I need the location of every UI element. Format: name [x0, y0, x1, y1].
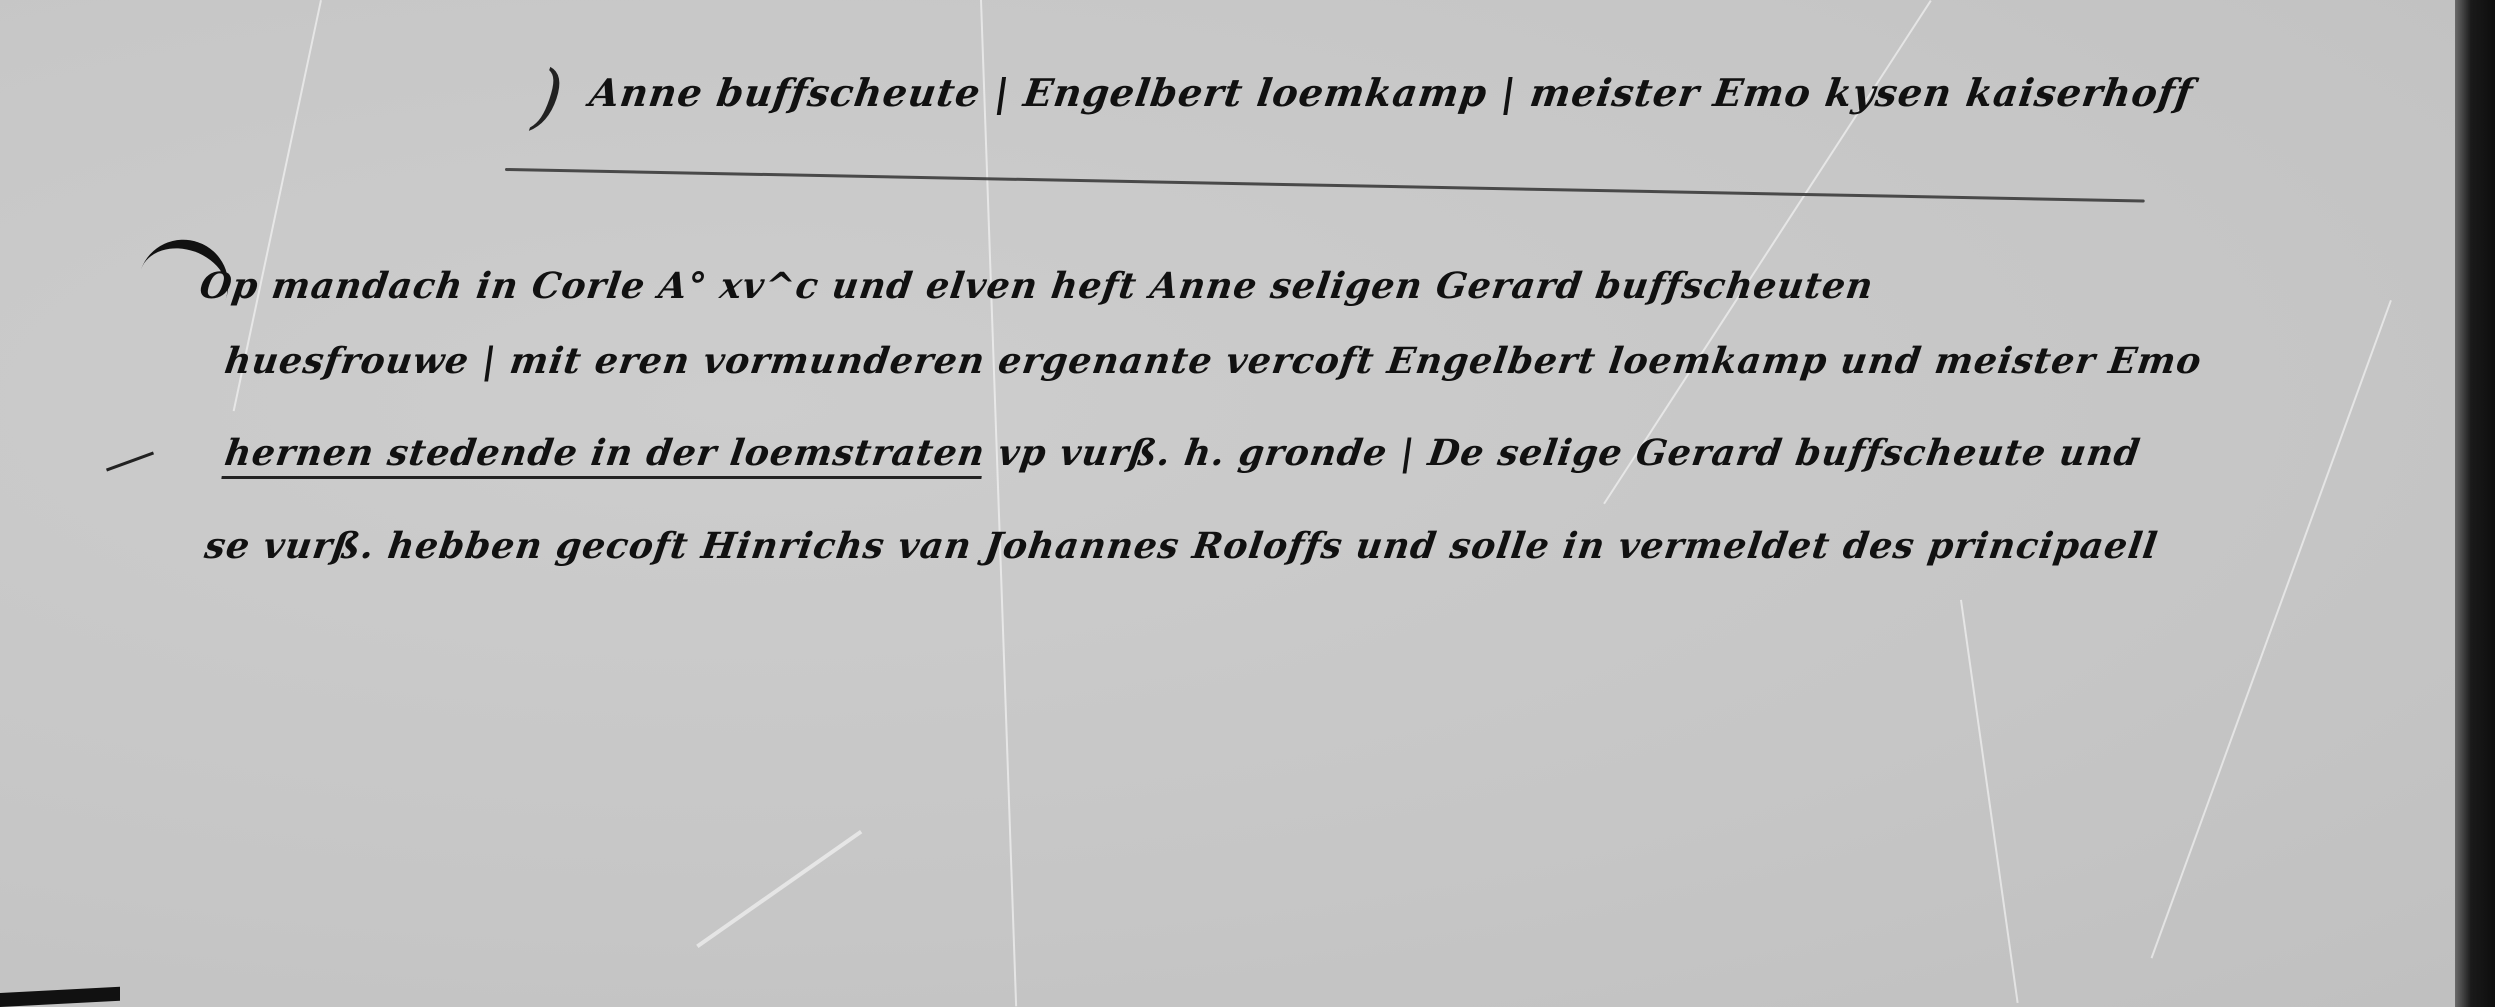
- scratch-mark: [1960, 600, 2019, 1003]
- manuscript-page: ) Anne buffscheute | Engelbert loemkamp …: [0, 0, 2460, 1007]
- scratch-mark: [980, 0, 1017, 1006]
- underlined-phrase: hernen stedende in der loemstraten: [221, 432, 988, 479]
- scratch-mark: [696, 830, 862, 948]
- film-edge-right: [2455, 0, 2495, 1007]
- body-line-3: hernen stedende in der loemstraten vp vu…: [222, 432, 2143, 474]
- entry-heading: Anne buffscheute | Engelbert loemkamp | …: [587, 70, 2196, 115]
- scratch-mark: [2151, 300, 2392, 958]
- heading-underline-rule: [505, 168, 2145, 202]
- line-3-rest: vp vurß. h. gronde | De selige Gerard bu…: [996, 432, 2144, 474]
- heading-bracket: ): [529, 55, 569, 137]
- heading-party-3: meister Emo kysen kaiserhoff: [1527, 70, 2196, 115]
- heading-party-2: Engelbert loemkamp: [1021, 70, 1491, 115]
- body-line-1: Op mandach in Corle A° xv^c und elven he…: [197, 265, 1876, 307]
- body-line-4: se vurß. hebben gecoft Hinrichs van Joha…: [202, 525, 2161, 567]
- body-line-2: huesfrouwe | mit eren vormunderen ergena…: [222, 340, 2204, 382]
- margin-mark: [106, 452, 154, 472]
- heading-party-1: Anne buffscheute: [587, 70, 984, 115]
